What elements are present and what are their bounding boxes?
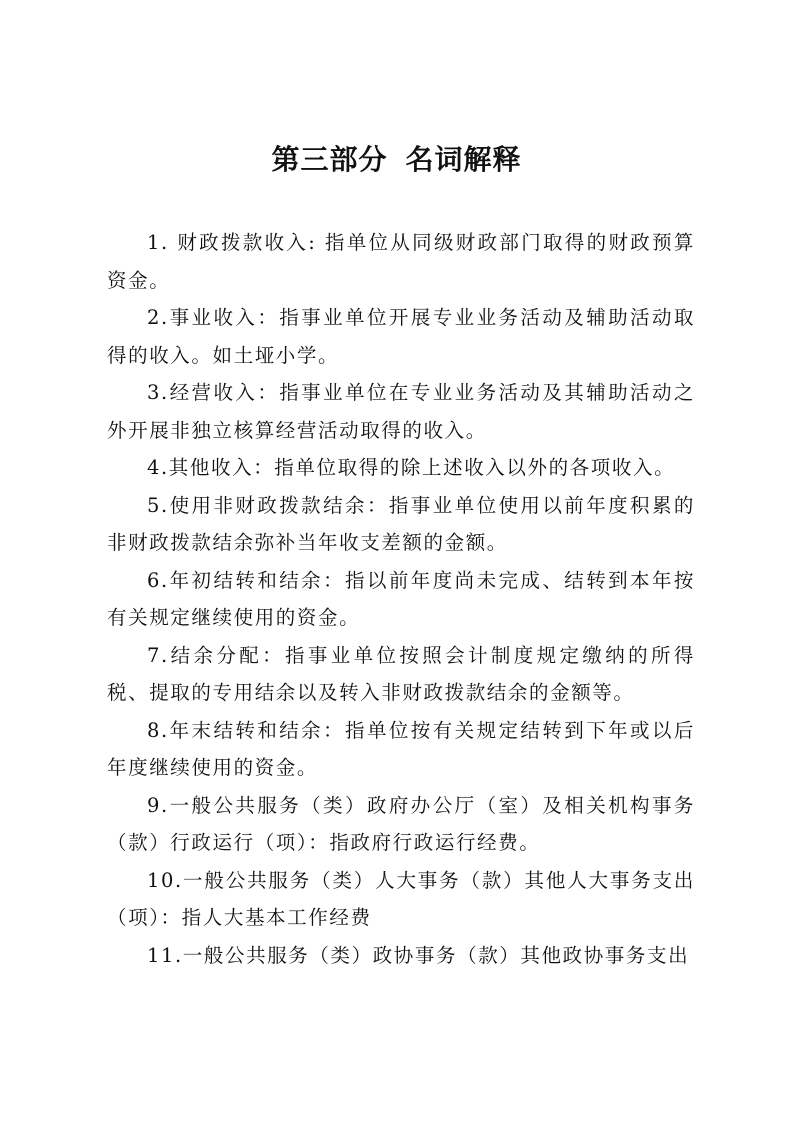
- page-title: 第三部分名词解释: [0, 140, 793, 180]
- glossary-item-10: 10.一般公共服务（类）人大事务（款）其他人大事务支出（项）：指人大基本工作经费: [107, 862, 695, 937]
- glossary-item-6: 6.年初结转和结余：指以前年度尚未完成、结转到本年按有关规定继续使用的资金。: [107, 562, 695, 637]
- glossary-item-3: 3.经营收入：指事业单位在专业业务活动及其辅助活动之外开展非独立核算经营活动取得…: [107, 374, 695, 449]
- document-page: 第三部分名词解释 1. 财政拨款收入: 指单位从同级财政部门取得的财政预算资金。…: [0, 0, 793, 1122]
- glossary-item-1: 1. 财政拨款收入: 指单位从同级财政部门取得的财政预算资金。: [107, 224, 695, 299]
- glossary-item-5: 5.使用非财政拨款结余：指事业单位使用以前年度积累的非财政拨款结余弥补当年收支差…: [107, 487, 695, 562]
- glossary-item-9: 9.一般公共服务（类）政府办公厅（室）及相关机构事务（款）行政运行（项）：指政府…: [107, 787, 695, 862]
- glossary-item-4: 4.其他收入：指单位取得的除上述收入以外的各项收入。: [107, 449, 695, 487]
- glossary-item-11: 11.一般公共服务（类）政协事务（款）其他政协事务支出: [107, 937, 695, 975]
- title-part: 第三部分: [271, 143, 387, 176]
- glossary-item-7: 7.结余分配：指事业单位按照会计制度规定缴纳的所得税、提取的专用结余以及转入非财…: [107, 637, 695, 712]
- title-name: 名词解释: [406, 143, 522, 176]
- glossary-item-8: 8.年末结转和结余：指单位按有关规定结转到下年或以后年度继续使用的资金。: [107, 712, 695, 787]
- glossary-body: 1. 财政拨款收入: 指单位从同级财政部门取得的财政预算资金。 2.事业收入：指…: [107, 224, 695, 974]
- glossary-item-2: 2.事业收入：指事业单位开展专业业务活动及辅助活动取得的收入。如土垭小学。: [107, 299, 695, 374]
